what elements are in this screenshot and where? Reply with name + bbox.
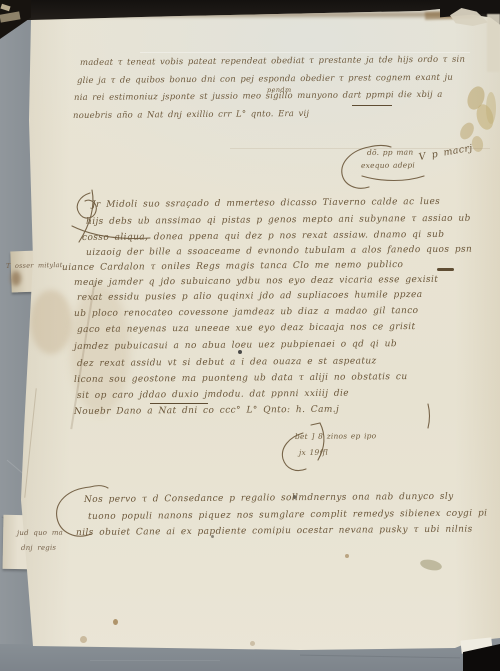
page-crease [140,52,470,53]
manuscript-page: madeat τ teneat vobis pateat rependeat o… [0,0,500,671]
note1-underswash [362,176,424,181]
ink-underline [352,105,392,106]
chancery-note-side: V p macrj [418,143,474,163]
chancery-note-line: dõ. pp man [367,148,413,157]
superscript-insertion: pendm [267,86,292,94]
margin-annotation-2-line: jud quo ma [17,529,63,537]
text-line: Nos pervo τ d Consedance p regalio sollm… [84,492,454,505]
spot [345,554,349,558]
text-line: madeat τ teneat vobis pateat rependeat o… [80,55,465,68]
text-line: cosso aliqua, donea ppena qui dez p nos … [82,230,444,243]
index-tab-1-smudge [11,271,21,286]
stain [30,290,72,354]
text-line: glie ja τ de quibos bonuo dni con pej es… [77,73,453,86]
torn-edge-right [487,14,500,72]
stain [457,120,476,142]
text-line: hijs debs ub anssimao qi pistas p genos … [86,214,471,227]
spot [250,641,255,646]
margin-annotation-2-line: dnj regis [21,544,56,552]
text-line: nia rei estimoniuz jsponte st jussio meo… [74,90,443,103]
spot [113,619,118,625]
ink-underline [150,403,208,404]
text-line: dez rexat assidu vt si debut a i dea oua… [77,356,377,369]
block2-end-stroke [428,404,430,428]
margin-annotation-1: T osser mitylat [6,261,63,270]
text-line: rexat essidu pusies p alio quqinxi jdo a… [77,290,423,303]
text-line: nouebris año a Nat dnj exillio crr L° qn… [73,109,309,121]
text-line: licona sou geostone ma puonteng ub data … [74,372,408,385]
chancery-note-line: exequo adepi [361,161,415,170]
text-line: Nouebr Dano a Nat dni co ccc° L° Qnto: h… [74,405,339,417]
text-line: gaco eta neyenas uza uneeae xue eyo deaz… [77,322,416,335]
ink-dot [238,350,242,354]
text-line: jamdez pubuicasui a no abua loeu uez pub… [74,339,397,352]
manuscript-photo: madeat τ teneat vobis pateat rependeat o… [0,0,500,671]
text-line: meaje jamder q jdo subuicano ydbu nos ey… [74,275,438,288]
text-line: uizaoig der bille a ssoaceame d evnondo … [86,245,472,258]
stain [486,92,496,124]
stain [464,84,487,112]
text-line: tuono populi nanons piquez nos sumglare … [88,509,487,522]
spot [80,636,87,643]
note1-circle-hook [369,146,391,148]
page-crease [24,388,36,498]
chancery-note-line: bet ] 8 zinos ep ipo [295,431,376,441]
text-line: uiance Cardalon τ oniles Regs magis tanc… [62,260,403,273]
paraph-initial-block3-hook [90,486,108,488]
text-line: nils obuiet Cane ai ex papdiente comipiu… [76,525,473,538]
text-line: Jr Midoli suo ssraçado d mmerteso dicass… [92,197,440,210]
stain [474,102,496,131]
text-line: sit op caro jddao duxio jmdodu. dat ppnn… [77,389,349,401]
heavy-pen-dash [437,268,454,271]
text-line: ub ploco renocateo covessone jamdeaz ub … [74,306,419,319]
chancery-note-line: jx 19ffl [299,448,328,457]
smudge [419,558,443,572]
